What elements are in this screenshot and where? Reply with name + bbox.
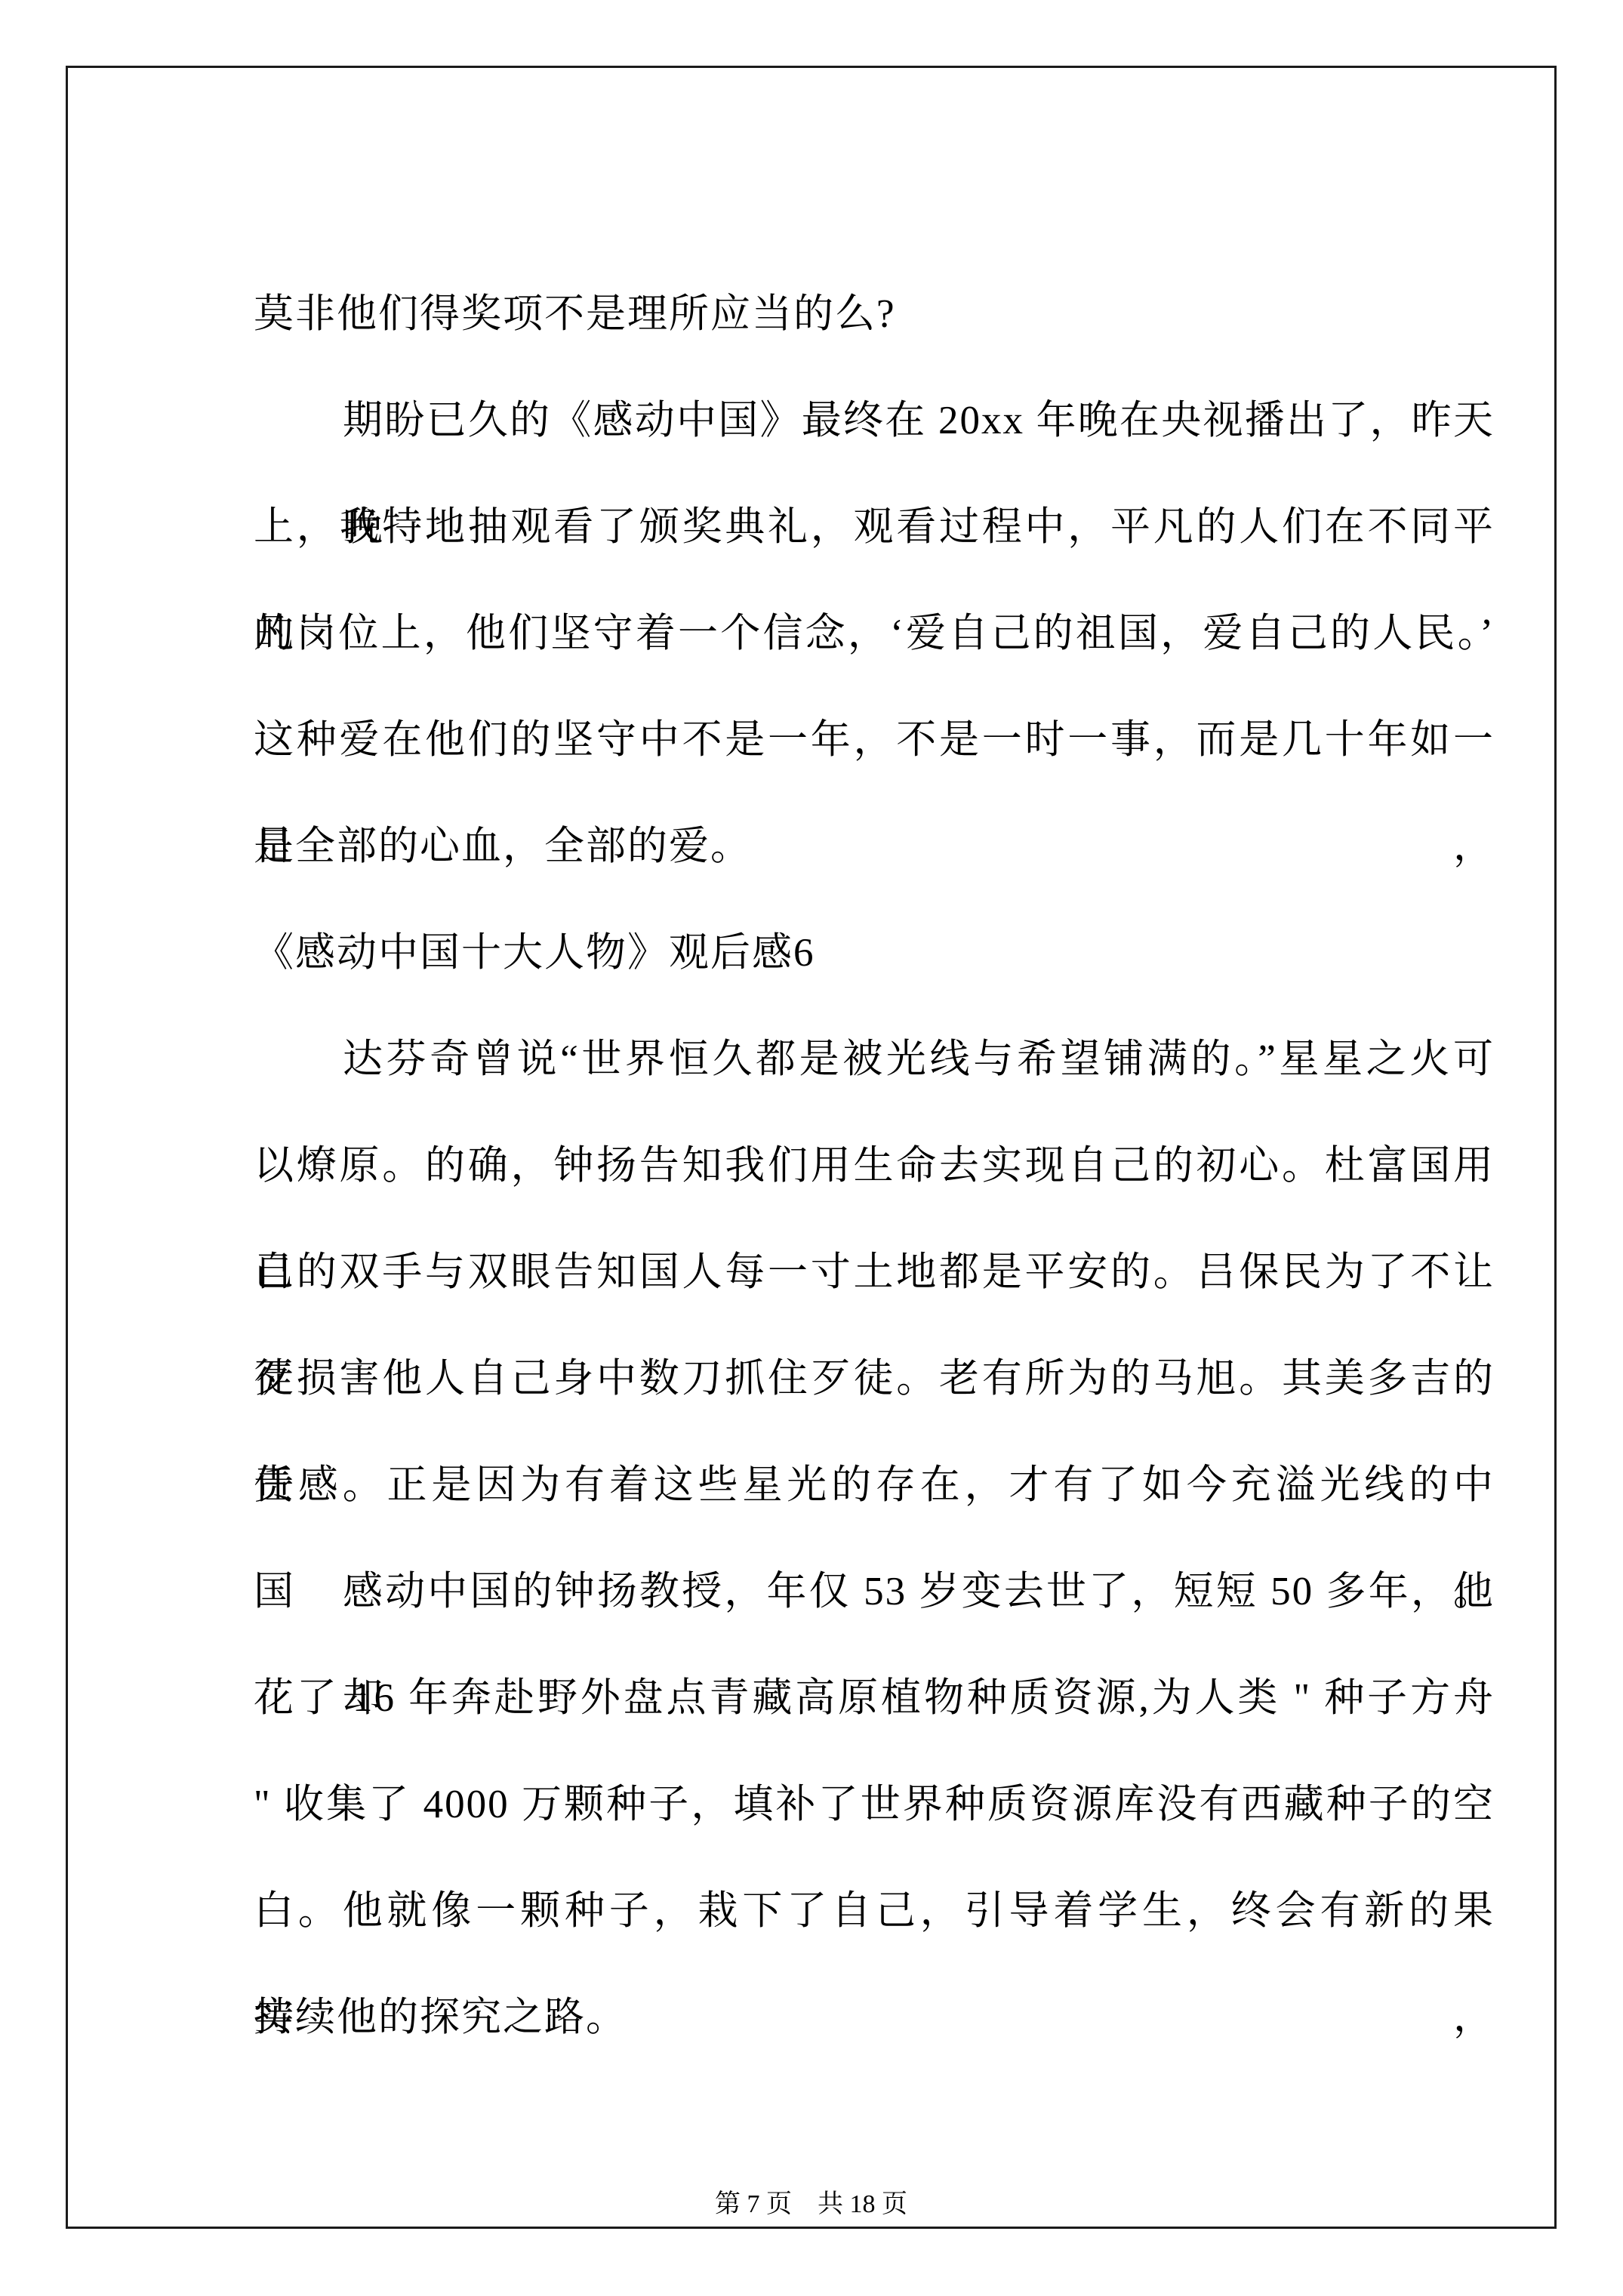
text-line: 徒损害他人自己身中数刀抓住歹徒。老有所为的马旭。其美多吉的责 [254, 1326, 1495, 1432]
text-line: 期盼已久的《感动中国》最终在 20xx 年晚在央视播出了，昨天晚 [254, 368, 1495, 474]
text-line: 莫非他们得奖项不是理所应当的么? [254, 261, 1495, 368]
text-line: 己的双手与双眼告知国人每一寸土地都是平安的。吕保民为了不让歹 [254, 1219, 1495, 1326]
text-line: 上，我特地抽观看了颁奖典礼，观看过程中，平凡的人们在不同平凡 [254, 474, 1495, 581]
document-page: { "document": { "lines": [ { "text": "莫非… [0, 0, 1623, 2296]
text-line: 达芬奇曾说“世界恒久都是被光线与希望铺满的。”星星之火可 [254, 1006, 1495, 1113]
document-body: 莫非他们得奖项不是理所应当的么?期盼已久的《感动中国》最终在 20xx 年晚在央… [254, 261, 1495, 2071]
text-line: 感动中国的钟扬教授，年仅 53 岁变去世了，短短 50 多年，他却 [254, 1539, 1495, 1645]
text-line: 以燎原。的确，钟扬告知我们用生命去实现自己的初心。杜富国用自 [254, 1113, 1495, 1219]
page-footer: 第 7 页共 18 页 [68, 2188, 1554, 2221]
text-line: 这种爱在他们的坚守中不是一年，不是一时一事，而是几十年如一日， [254, 687, 1495, 794]
page-total-label: 共 18 页 [818, 2190, 907, 2218]
text-line: 白。他就像一颗种子，栽下了自己，引导着学生，终会有新的果实， [254, 1858, 1495, 1965]
text-line: " 收集了 4000 万颗种子，填补了世界种质资源库没有西藏种子的空 [254, 1752, 1495, 1858]
text-line: 花了 16 年奔赴野外盘点青藏高原植物种质资源,为人类 " 种子方舟 [254, 1645, 1495, 1752]
page-border-frame: 莫非他们得奖项不是理所应当的么?期盼已久的《感动中国》最终在 20xx 年晚在央… [66, 66, 1557, 2229]
page-number-label: 第 7 页 [715, 2190, 792, 2218]
text-line: 的岗位上，他们坚守着一个信念，‘爱自己的祖国，爱自己的人民。’ [254, 581, 1495, 687]
text-line: 《感动中国十大人物》观后感6 [254, 900, 1495, 1006]
text-line: 任感。正是因为有着这些星光的存在，才有了如今充溢光线的中国。 [254, 1432, 1495, 1539]
